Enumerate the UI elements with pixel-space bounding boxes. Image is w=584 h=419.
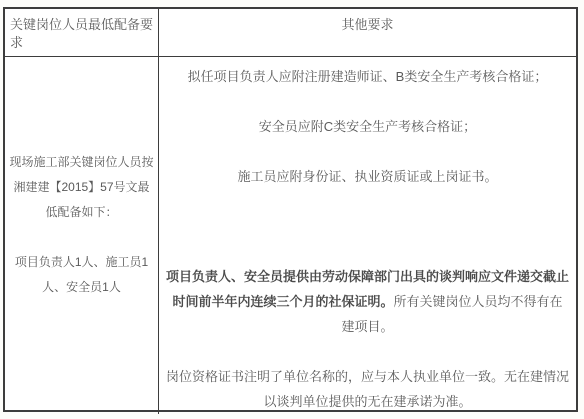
cell-staffing-requirement: 现场施工部关键岗位人员按湘建建【2015】57号文最低配备如下： 项目负责人1人… — [5, 57, 159, 414]
cell-other-requirements: 拟任项目负责人应附注册建造师证、B类安全生产考核合格证； 安全员应附C类安全生产… — [159, 57, 576, 414]
req-project-manager-certs: 拟任项目负责人应附注册建造师证、B类安全生产考核合格证； — [166, 64, 569, 89]
header-cell-other-requirements: 其他要求 — [159, 9, 576, 57]
requirements-table: 关键岗位人员最低配备要求 其他要求 现场施工部关键岗位人员按湘建建【2015】5… — [3, 7, 578, 412]
header-cell-min-staffing-requirement: 关键岗位人员最低配备要求 — [5, 9, 159, 57]
staffing-text-block: 现场施工部关键岗位人员按湘建建【2015】57号文最低配备如下： 项目负责人1人… — [9, 150, 154, 300]
staffing-count-text: 项目负责人1人、施工员1人、安全员1人 — [9, 250, 154, 300]
req-safety-officer-cert: 安全员应附C类安全生产考核合格证； — [166, 114, 569, 139]
req-social-insurance: 项目负责人、安全员提供由劳动保障部门出具的谈判响应文件递交截止时间前半年内连续三… — [166, 264, 569, 339]
req-certificate-unit-consistency: 岗位资格证书注明了单位名称的，应与本人执业单位一致。无在建情况以谈判单位提供的无… — [166, 364, 569, 414]
req-construction-worker-certs: 施工员应附身份证、执业资质证或上岗证书。 — [166, 164, 569, 189]
staffing-policy-text: 现场施工部关键岗位人员按湘建建【2015】57号文最低配备如下： — [9, 150, 154, 225]
